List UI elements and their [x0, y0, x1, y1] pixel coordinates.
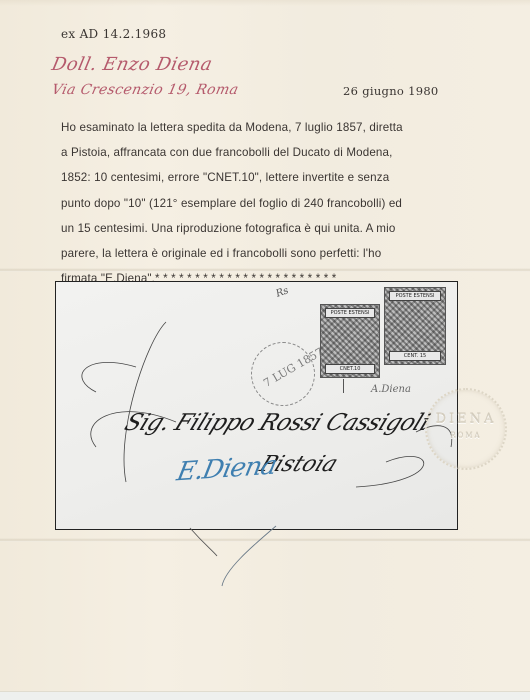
signature-tail-icon — [0, 0, 530, 700]
seal-city: ROMA — [427, 432, 505, 440]
embossed-diena-seal: DIENA ROMA — [425, 388, 507, 470]
paper-bottom-edge — [0, 691, 530, 700]
seal-name: DIENA — [427, 412, 505, 427]
